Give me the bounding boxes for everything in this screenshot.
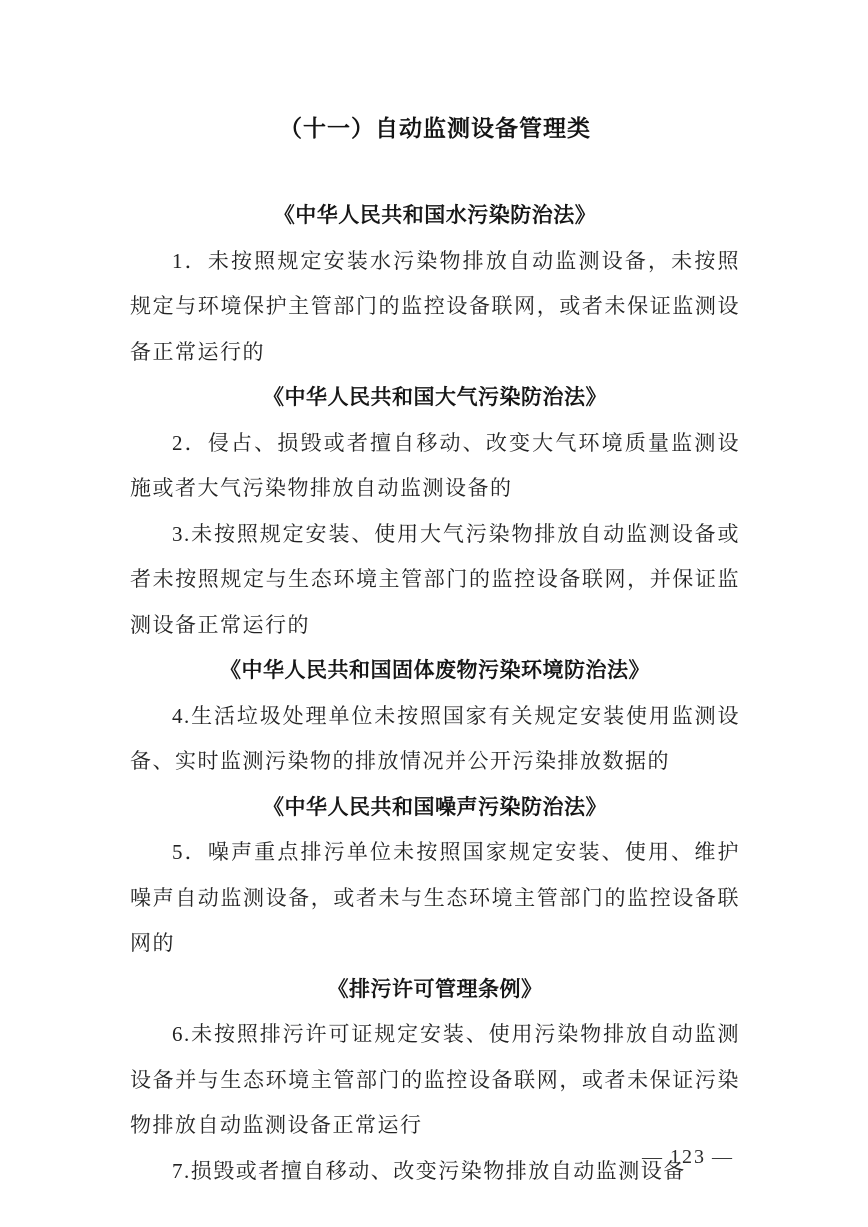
list-item: 1．未按照规定安装水污染物排放自动监测设备，未按照规定与环境保护主管部门的监控设… xyxy=(130,239,740,376)
list-item: 6.未按照排污许可证规定安装、使用污染物排放自动监测设备并与生态环境主管部门的监… xyxy=(130,1012,740,1149)
page-number-value: 123 xyxy=(670,1146,706,1168)
page-number-dash-left: — xyxy=(636,1146,670,1168)
section-heading-noise-pollution-law: 《中华人民共和国噪声污染防治法》 xyxy=(130,785,740,831)
page-number-dash-right: — xyxy=(706,1146,740,1168)
list-item: 5．噪声重点排污单位未按照国家规定安装、使用、维护噪声自动监测设备，或者未与生态… xyxy=(130,830,740,967)
page-number: —123— xyxy=(636,1146,740,1169)
section-heading-air-pollution-law: 《中华人民共和国大气污染防治法》 xyxy=(130,375,740,421)
list-item: 4.生活垃圾处理单位未按照国家有关规定安装使用监测设备、实时监测污染物的排放情况… xyxy=(130,694,740,785)
section-heading-water-pollution-law: 《中华人民共和国水污染防治法》 xyxy=(130,193,740,239)
list-item: 2．侵占、损毁或者擅自移动、改变大气环境质量监测设施或者大气污染物排放自动监测设… xyxy=(130,421,740,512)
section-heading-solid-waste-law: 《中华人民共和国固体废物污染环境防治法》 xyxy=(130,648,740,694)
list-item: 3.未按照规定安装、使用大气污染物排放自动监测设备或者未按照规定与生态环境主管部… xyxy=(130,512,740,649)
page-title: （十一）自动监测设备管理类 xyxy=(130,106,740,151)
section-heading-pollutant-permit-regulation: 《排污许可管理条例》 xyxy=(130,967,740,1013)
document-page: （十一）自动监测设备管理类 《中华人民共和国水污染防治法》 1．未按照规定安装水… xyxy=(0,0,868,1227)
